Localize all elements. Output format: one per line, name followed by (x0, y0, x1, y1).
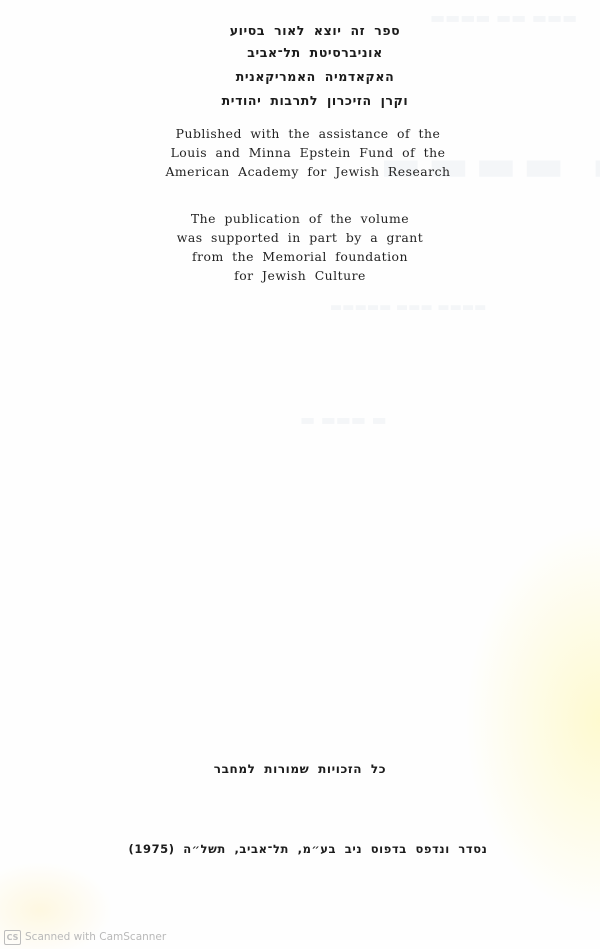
bleed-through-text: ▬ ▬▬▬ ▬ (300, 410, 387, 429)
scanned-page: ▬▬▬ ▬▬ ▬▬▬▬ ▬▬▬▬ ▬▬ ▬▬▬▬ ▬▬▬▬ ▬▬▬ ▬▬▬▬▬ … (0, 0, 600, 949)
bleed-through-text: ▬▬▬▬ ▬▬▬ ▬▬▬▬▬ (330, 300, 486, 315)
camscanner-watermark: CS Scanned with CamScanner (4, 929, 166, 945)
printer-imprint: נסדר ונדפס בדפוס ניב בע״מ, תל־אביב, תשל״… (0, 842, 600, 856)
hebrew-line: ספר זה יוצא לאור בסיוע (30, 20, 600, 42)
hebrew-line: וקרן הזיכרון לתרבות יהודית (30, 90, 600, 112)
watermark-label: Scanned with CamScanner (25, 931, 166, 943)
credits-line: Louis and Minna Epstein Fund of the (16, 143, 600, 162)
hebrew-line: האקאדמיה האמריקאנית (30, 66, 600, 88)
camscanner-logo-icon: CS (4, 930, 21, 945)
copyright-notice: כל הזכויות שמורות למחבר (0, 762, 600, 776)
credits-line: Published with the assistance of the (16, 124, 600, 143)
publication-credits: Published with the assistance of the Lou… (0, 124, 600, 181)
credits-line: American Academy for Jewish Research (16, 162, 600, 181)
support-line: was supported in part by a grant (0, 228, 600, 247)
support-line: The publication of the volume (0, 209, 600, 228)
hebrew-sponsor-notice: ספר זה יוצא לאור בסיוע אוניברסיטת תל־אבי… (0, 20, 600, 112)
hebrew-line: אוניברסיטת תל־אביב (30, 42, 600, 64)
support-line: for Jewish Culture (0, 266, 600, 285)
grant-support-notice: The publication of the volume was suppor… (0, 209, 600, 285)
support-line: from the Memorial foundation (0, 247, 600, 266)
